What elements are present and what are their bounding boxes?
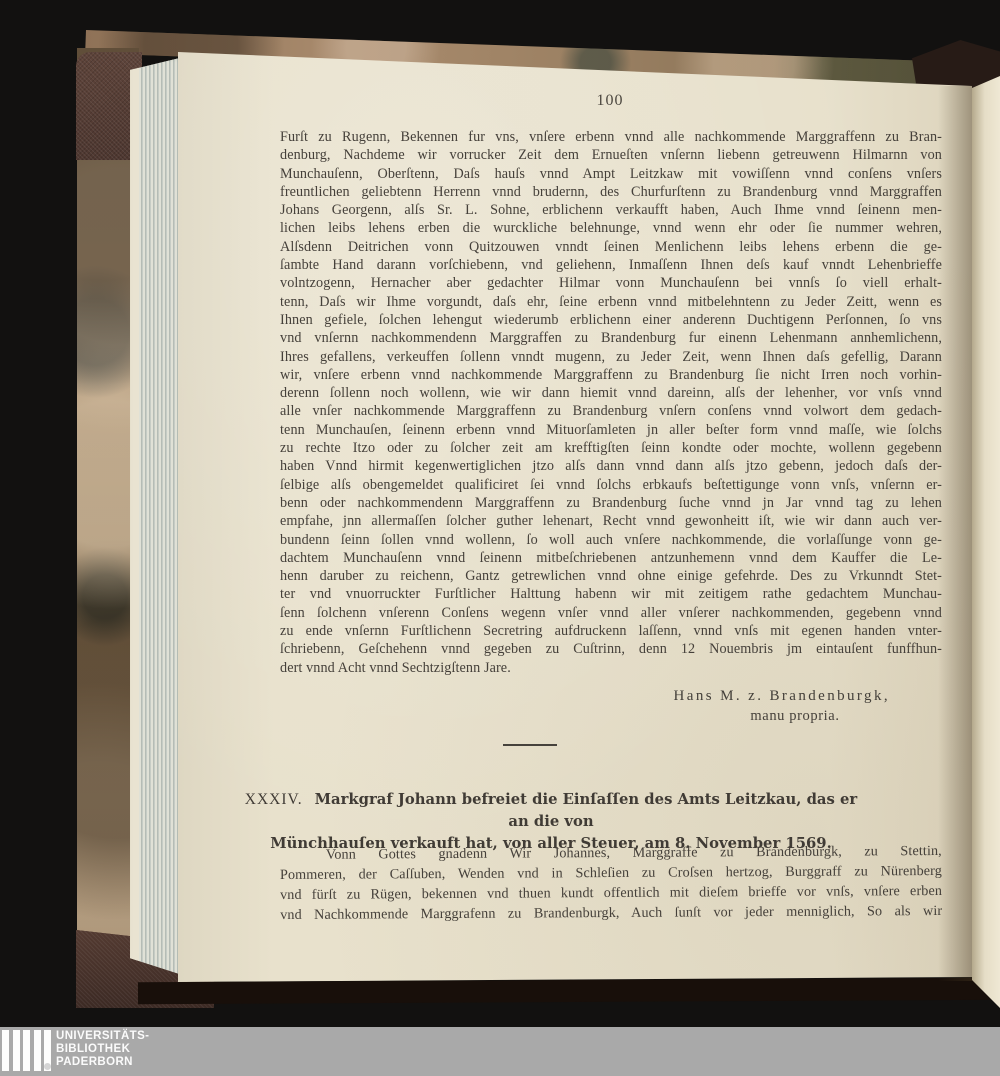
body-text-line: ter vnd vnuorruckter Furſtlicher Halttun… — [280, 585, 942, 603]
section-heading-line1: Markgraf Johann befreiet die Einſaſſen d… — [315, 791, 858, 830]
body-text-line: Ihnen gefiele, ſolchen lehengut wiederum… — [280, 311, 942, 329]
body-text-line: bundenn ſeinn ſollen vnnd wollenn, ſo wo… — [280, 531, 942, 549]
library-name: UNIVERSITÄTS- BIBLIOTHEK PADERBORN — [56, 1030, 149, 1069]
body-text-line: zu rechte Itzo oder zu ſolcher zeit am k… — [280, 439, 942, 457]
page-number: 100 — [280, 92, 940, 110]
body-text-line: Johans Georgenn, alſs Sr. L. Sohne, erbl… — [280, 201, 942, 219]
body-text-line: ſenn ſolchenn vnſerenn Conſens wegenn vn… — [280, 604, 942, 622]
body-text-line: vnd vnſernn nachkommendenn Marggraffen z… — [280, 329, 942, 347]
library-name-line1: UNIVERSITÄTS- — [56, 1030, 149, 1043]
library-name-line3: PADERBORN — [56, 1056, 149, 1069]
body-text-line: benn oder nachkommendenn Marggraffenn zu… — [280, 494, 942, 512]
body-text-line: denburg, Nachdeme wir vorrucker Zeit dem… — [280, 146, 942, 164]
section-numeral: XXXIV. — [245, 791, 303, 808]
body-text-line: ſambte Hand darann vorſchiebenn, vnd gel… — [280, 256, 942, 274]
body-text-line: tenn Munchauſen, ſeinenn erbenn vnnd Mit… — [280, 421, 942, 439]
body-text-line: haben Vnnd hirmit kegenwertiglichen jtzo… — [280, 457, 942, 475]
body-text-line: ſelbige alſs obengemeldet qualificiret ſ… — [280, 476, 942, 494]
body-text-line: wir, vnſere erbenn vnnd nachkommende Mar… — [280, 366, 942, 384]
body-text-line: Munchauſenn, Oberſtenn, Daſs hauſs vnnd … — [280, 165, 942, 183]
logo-bar — [23, 1030, 30, 1071]
body-text-line: vnd Nachkommende Marggrafenn zu Brandenb… — [280, 901, 942, 925]
body-text-line: ſchriebenn, Geſchehenn vnnd gegeben zu C… — [280, 640, 942, 658]
body-text-line: derenn ſollenn noch wollenn, wie wir dan… — [280, 384, 942, 402]
body-text-line: volntzogenn, Hernacher aber gedachter Hi… — [280, 274, 942, 292]
library-footer-strip — [0, 1027, 1000, 1076]
body-text-line: dachtem Munchauſenn vnnd ſeinenn mitbeſc… — [280, 549, 942, 567]
body-text-line: freuntlichen geliebtenn Herrenn vnnd bru… — [280, 183, 942, 201]
logo-bar — [13, 1030, 20, 1071]
section-divider-rule — [503, 744, 557, 746]
printed-page-content: 100 Furſt zu Rugenn, Bekennen fur vns, v… — [0, 0, 1000, 1076]
body-text-line: lichen leibs lehens erben die wurckliche… — [280, 219, 942, 237]
body-text-line: henn daruber zu reichenn, Gantz getrewli… — [280, 567, 942, 585]
body-text-line: tenn, Daſs wir Ihme vorgundt, daſs ehr, … — [280, 293, 942, 311]
logo-dot-icon — [44, 1063, 51, 1070]
signature-block: Hans M. z. Brandenburgk, manu propria. — [660, 688, 890, 725]
signature-manu-propria: manu propria. — [660, 708, 890, 725]
body-text-line: dert vnnd Acht vnnd Sechtzigſtenn Jare. — [280, 659, 942, 677]
logo-bar — [34, 1030, 41, 1071]
logo-bar — [2, 1030, 9, 1071]
body-paragraph-continuation: Furſt zu Rugenn, Bekennen fur vns, vnſer… — [280, 128, 942, 677]
body-paragraph-new-document: Vonn Gottes gnadenn Wir Johannes, Marggr… — [280, 841, 942, 925]
body-text-line: Ihres gefallens, verkeuffen ſollenn vnnd… — [280, 348, 942, 366]
library-name-line2: BIBLIOTHEK — [56, 1043, 149, 1056]
body-text-line: empfahe, jnn allermaſſen ſolcher guther … — [280, 512, 942, 530]
body-text-line: Alſsdenn Deitrichen vonn Quitzouwen vnnd… — [280, 238, 942, 256]
signature-name: Hans M. z. Brandenburgk, — [660, 688, 890, 705]
body-text-line: Furſt zu Rugenn, Bekennen fur vns, vnſer… — [280, 128, 942, 146]
body-text-line: zu ende vnſernn Furſtlichenn Secretring … — [280, 622, 942, 640]
body-text-line: alle vnſer nachkommende Marggraffenn zu … — [280, 402, 942, 420]
